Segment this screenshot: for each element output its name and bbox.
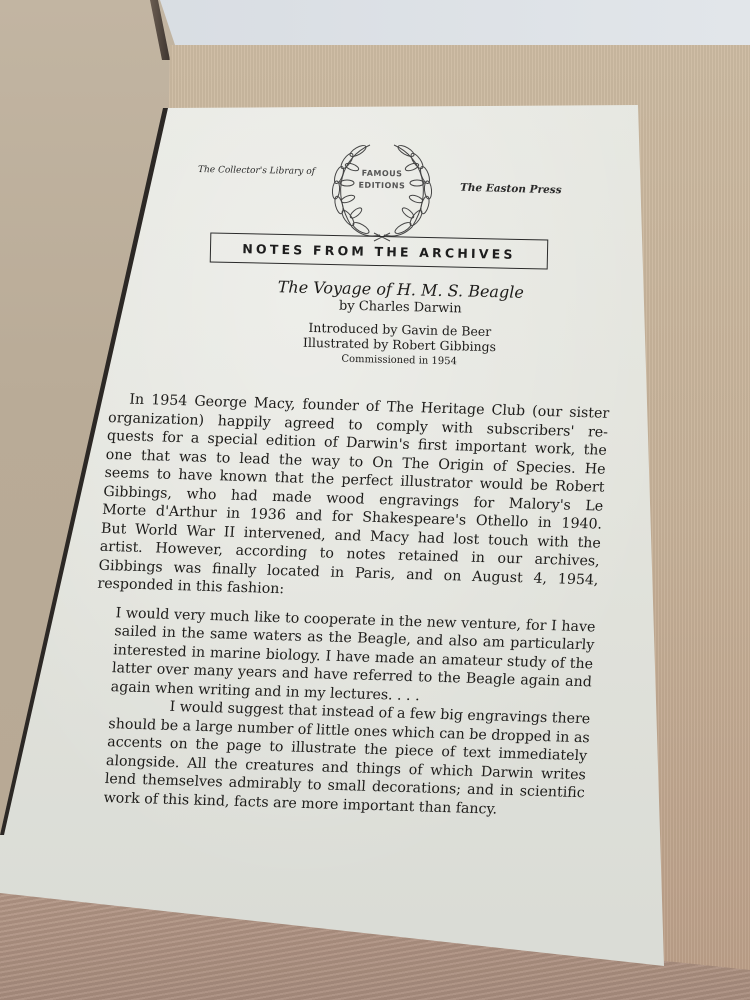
sheet-content: The Collector's Library of FAMOUS <box>0 0 750 1000</box>
collectors-library-text: The Collector's Library of <box>198 165 315 177</box>
body-text: In 1954 George Macy, founder of The Heri… <box>83 390 610 821</box>
intro-paragraph: In 1954 George Macy, founder of The Heri… <box>97 390 610 608</box>
book-info: The Voyage of H. M. S. Beagle by Charles… <box>199 275 601 372</box>
famous-editions-emblem: FAMOUS EDITIONS <box>352 167 412 192</box>
publisher-name: The Easton Press <box>460 182 562 197</box>
famous-text: FAMOUS <box>352 167 412 180</box>
section-title-box: NOTES FROM THE ARCHIVES <box>210 232 549 269</box>
section-title: NOTES FROM THE ARCHIVES <box>242 241 516 262</box>
gibbings-quote: I would very much like to cooperate in t… <box>83 603 596 821</box>
editions-text: EDITIONS <box>352 179 412 192</box>
